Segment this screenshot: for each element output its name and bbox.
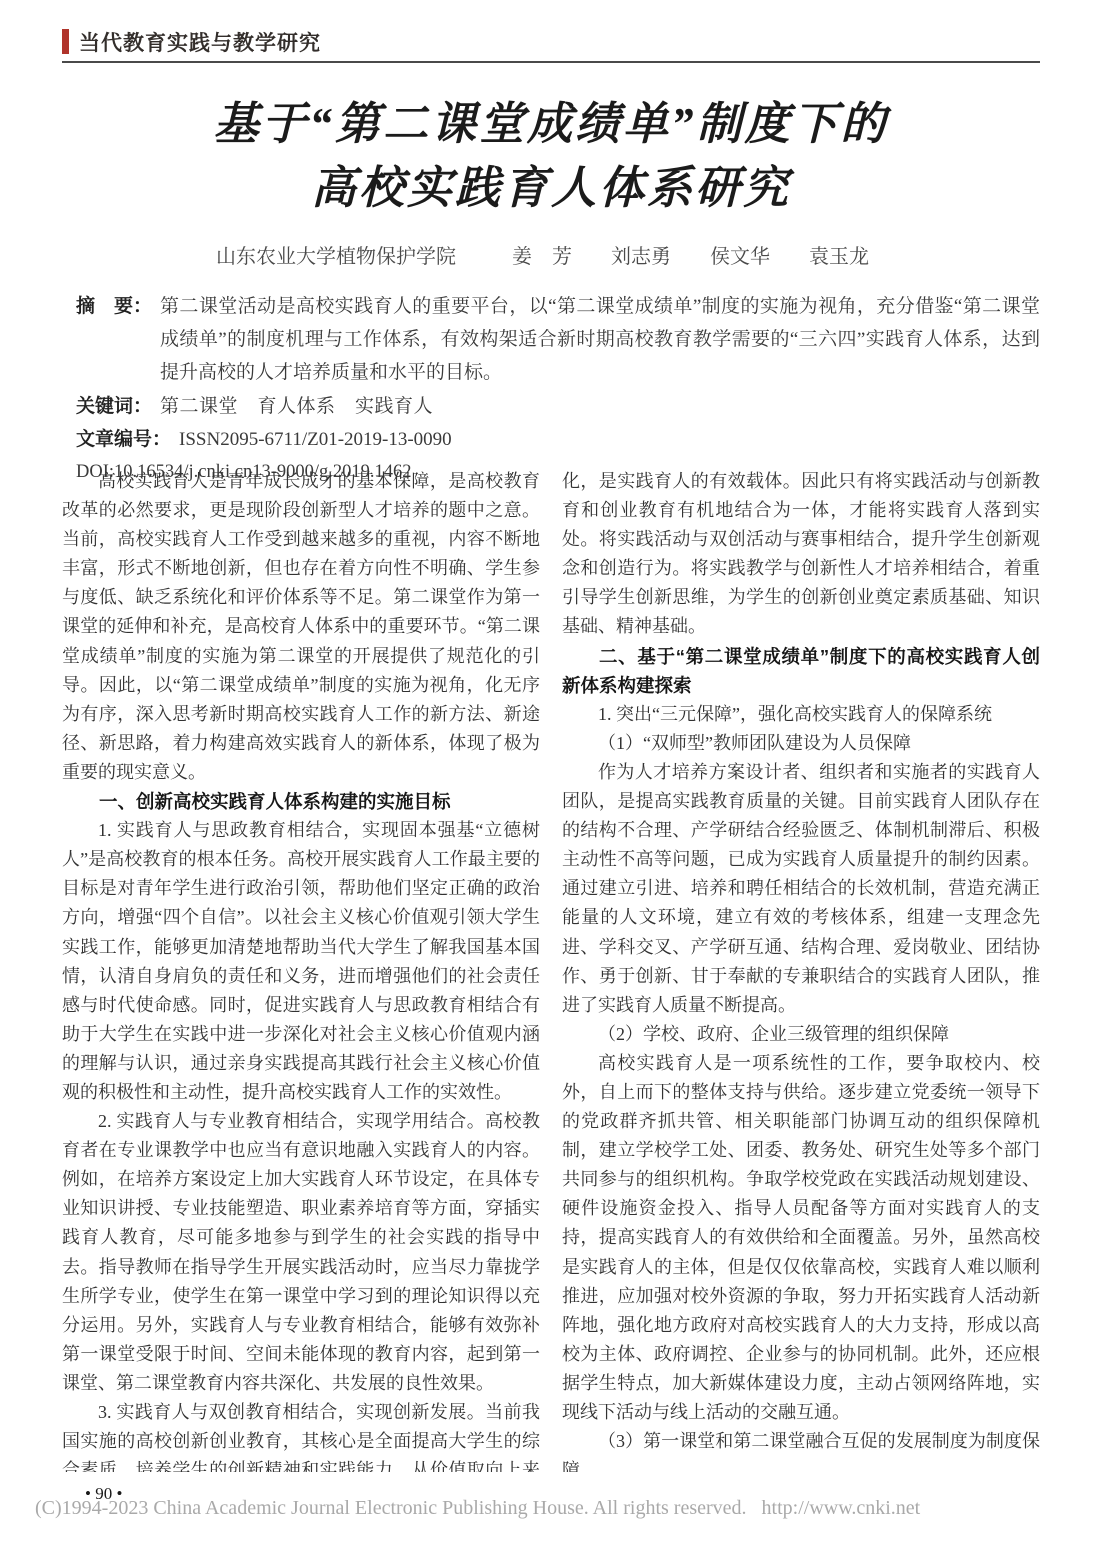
body-columns: 高校实践育人是青年成长成才的基本保障，是高校教育改革的必然要求，更是现阶段创新型… — [62, 467, 1040, 1472]
author-name: 刘志勇 — [611, 246, 671, 268]
author-name: 袁玉龙 — [809, 246, 869, 268]
paragraph: 高校实践育人是青年成长成才的基本保障，是高校教育改革的必然要求，更是现阶段创新型… — [62, 467, 540, 787]
paragraph: 1. 实践育人与思政教育相结合，实现固本强基“立德树人”是高校教育的根本任务。高… — [62, 816, 540, 1107]
authors-line: 山东农业大学植物保护学院 姜 芳 刘志勇 侯文华 袁玉龙 — [62, 240, 1040, 269]
abstract-row: 摘 要： 第二课堂活动是高校实践育人的重要平台，以“第二课堂成绩单”制度的实施为… — [76, 290, 1040, 389]
paragraph: 2. 实践育人与专业教育相结合，实现学用结合。高校教育者在专业课教学中也应当有意… — [62, 1107, 540, 1398]
paragraph: （2）学校、政府、企业三级管理的组织保障 — [562, 1020, 1040, 1049]
paragraph: 1. 突出“三元保障”，强化高校实践育人的保障系统 — [562, 700, 1040, 729]
column-left: 高校实践育人是青年成长成才的基本保障，是高校教育改革的必然要求，更是现阶段创新型… — [62, 467, 540, 1472]
column-right: 化，是实践育人的有效载体。因此只有将实践活动与创新教育和创业教育有机地结合为一体… — [562, 467, 1040, 1472]
article-number-label: 文章编号： — [76, 423, 171, 456]
article-number-row: 文章编号： ISSN2095-6711/Z01-2019-13-0090 — [76, 423, 1040, 456]
paragraph: 化，是实践育人的有效载体。因此只有将实践活动与创新教育和创业教育有机地结合为一体… — [562, 467, 1040, 642]
journal-name: 当代教育实践与教学研究 — [79, 27, 321, 57]
section-heading-2: 二、基于“第二课堂成绩单”制度下的高校实践育人创新体系构建探索 — [562, 642, 1040, 700]
abstract-label: 摘 要： — [76, 290, 152, 323]
author-name: 侯文华 — [710, 246, 770, 268]
copyright-line: (C)1994-2023 China Academic Journal Elec… — [35, 1497, 1075, 1520]
section-heading-1: 一、创新高校实践育人体系构建的实施目标 — [62, 787, 540, 816]
paragraph: 作为人才培养方案设计者、组织者和实施者的实践育人团队，是提高实践教育质量的关键。… — [562, 758, 1040, 1020]
abstract-text: 第二课堂活动是高校实践育人的重要平台，以“第二课堂成绩单”制度的实施为视角，充分… — [160, 290, 1040, 389]
meta-block: 摘 要： 第二课堂活动是高校实践育人的重要平台，以“第二课堂成绩单”制度的实施为… — [76, 290, 1040, 487]
keywords-row: 关键词： 第二课堂 育人体系 实践育人 — [76, 390, 1040, 423]
paragraph: （3）第一课堂和第二课堂融合互促的发展制度为制度保障 — [562, 1427, 1040, 1472]
journal-header: 当代教育实践与教学研究 — [62, 27, 1040, 57]
paragraph: 高校实践育人是一项系统性的工作，要争取校内、校外，自上而下的整体支持与供给。逐步… — [562, 1049, 1040, 1427]
article-title-line-1: 基于“第二课堂成绩单”制度下的 — [62, 92, 1040, 156]
paragraph: 3. 实践育人与双创教育相结合，实现创新发展。当前我国实施的高校创新创业教育，其… — [62, 1398, 540, 1472]
author-affiliation: 山东农业大学植物保护学院 — [216, 246, 456, 268]
keywords-label: 关键词： — [76, 390, 152, 423]
author-name: 姜 芳 — [512, 246, 572, 268]
article-number-value: ISSN2095-6711/Z01-2019-13-0090 — [179, 423, 452, 456]
paragraph: （1）“双师型”教师团队建设为人员保障 — [562, 729, 1040, 758]
article-title-line-2: 高校实践育人体系研究 — [62, 156, 1040, 220]
article-title: 基于“第二课堂成绩单”制度下的 高校实践育人体系研究 — [62, 92, 1040, 220]
header-rule — [62, 61, 1040, 63]
paper-page: 当代教育实践与教学研究 基于“第二课堂成绩单”制度下的 高校实践育人体系研究 山… — [0, 0, 1102, 1559]
keywords-text: 第二课堂 育人体系 实践育人 — [160, 390, 433, 423]
page-number: • 90 • — [85, 1484, 122, 1504]
journal-accent-bar — [62, 29, 69, 54]
